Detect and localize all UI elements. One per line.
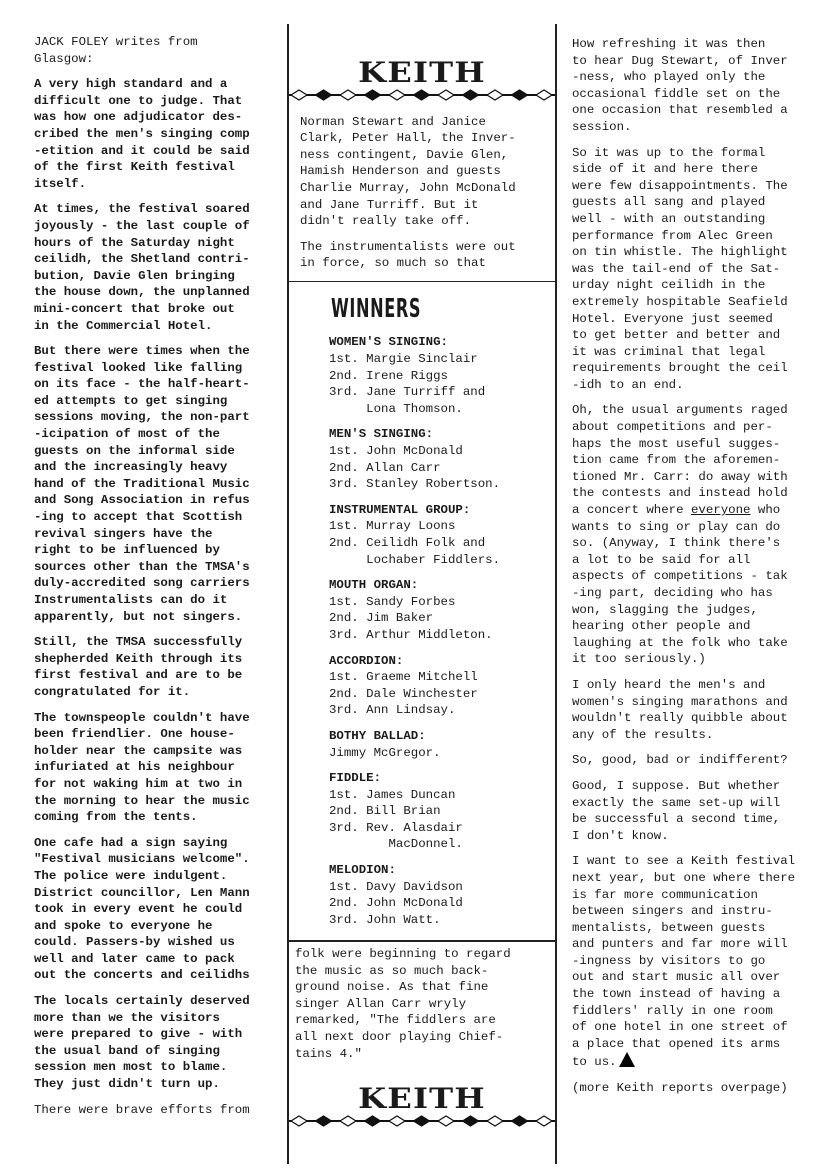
diamond-rule-icon: [289, 1114, 555, 1128]
winner-entry: 1st. Sandy Forbes: [329, 594, 555, 611]
winner-entry: 1st. James Duncan: [329, 787, 555, 804]
winner-entry: 3rd. John Watt.: [329, 912, 555, 929]
continuation-text: folk were beginning to regard the music …: [289, 942, 555, 1062]
column-divider-right: [555, 24, 557, 1164]
paragraph: So it was up to the formal side of it an…: [572, 145, 834, 394]
article-column-2: KEITH Norman Stewart and Janice Clark, P…: [289, 24, 555, 1140]
intro-text: Norman Stewart and Janice Clark, Peter H…: [289, 114, 555, 272]
paragraph: Good, I suppose. But whether exactly the…: [572, 778, 834, 844]
winner-entry: 3rd. Arthur Middleton.: [329, 627, 555, 644]
article-column-1: JACK FOLEY writes from Glasgow: A very h…: [34, 34, 286, 1127]
column-3-paragraphs: How refreshing it was then to hear Dug S…: [572, 36, 834, 393]
paragraph: folk were beginning to regard the music …: [295, 946, 555, 1062]
winner-entry: 2nd. Dale Winchester: [329, 686, 555, 703]
paragraph: There were brave efforts from: [34, 1102, 286, 1119]
category-title: BOTHY BALLAD:: [329, 728, 555, 745]
column-3-paragraphs-after: I only heard the men's and women's singi…: [572, 677, 834, 844]
winners-list: WOMEN'S SINGING:1st. Margie Sinclair2nd.…: [289, 334, 555, 928]
winners-category: MOUTH ORGAN:1st. Sandy Forbes2nd. Jim Ba…: [329, 577, 555, 643]
paragraph: One cafe had a sign saying "Festival mus…: [34, 835, 286, 984]
paragraph: The townspeople couldn't have been frien…: [34, 710, 286, 826]
paragraph: A very high standard and a difficult one…: [34, 76, 286, 192]
winner-entry: 2nd. Bill Brian: [329, 803, 555, 820]
winner-entry: 3rd. Jane Turriff and: [329, 384, 555, 401]
triangle-icon: [619, 1052, 635, 1067]
winner-entry: 1st. Murray Loons: [329, 518, 555, 535]
winner-entry: 2nd. Allan Carr: [329, 460, 555, 477]
winners-category: MELODION:1st. Davy Davidson2nd. John McD…: [329, 862, 555, 928]
winner-entry: 1st. Margie Sinclair: [329, 351, 555, 368]
category-title: ACCORDION:: [329, 653, 555, 670]
category-title: FIDDLE:: [329, 770, 555, 787]
winner-entry: 3rd. Ann Lindsay.: [329, 702, 555, 719]
winners-category: BOTHY BALLAD:Jimmy McGregor.: [329, 728, 555, 761]
byline: JACK FOLEY writes from Glasgow:: [34, 34, 286, 67]
category-title: INSTRUMENTAL GROUP:: [329, 502, 555, 519]
footer-note: (more Keith reports overpage): [572, 1080, 834, 1097]
emphasis-everyone: everyone: [691, 503, 751, 517]
winner-entry: 1st. Davy Davidson: [329, 879, 555, 896]
box-rule: [289, 281, 555, 283]
winners-category: FIDDLE:1st. James Duncan2nd. Bill Brian3…: [329, 770, 555, 853]
winner-entry: Jimmy McGregor.: [329, 745, 555, 762]
closing-paragraph: I want to see a Keith festival next year…: [572, 853, 834, 1071]
winner-entry: 2nd. Irene Riggs: [329, 368, 555, 385]
paragraph: Norman Stewart and Janice Clark, Peter H…: [300, 114, 555, 230]
winners-category: WOMEN'S SINGING:1st. Margie Sinclair2nd.…: [329, 334, 555, 417]
paragraph: Still, the TMSA successfully shepherded …: [34, 634, 286, 700]
paragraph: At times, the festival soared joyously -…: [34, 201, 286, 334]
masthead-keith-bottom: KEITH: [269, 1084, 575, 1114]
paragraph: How refreshing it was then to hear Dug S…: [572, 36, 834, 136]
winners-category: ACCORDION:1st. Graeme Mitchell2nd. Dale …: [329, 653, 555, 719]
winner-entry: 1st. John McDonald: [329, 443, 555, 460]
column-1-paragraphs: A very high standard and a difficult one…: [34, 76, 286, 1118]
paragraph: I only heard the men's and women's singi…: [572, 677, 834, 743]
category-title: MEN'S SINGING:: [329, 426, 555, 443]
winner-entry: 3rd. Stanley Robertson.: [329, 476, 555, 493]
winner-entry: 2nd. John McDonald: [329, 895, 555, 912]
arguments-paragraph: Oh, the usual arguments raged about comp…: [572, 402, 834, 668]
winners-category: INSTRUMENTAL GROUP:1st. Murray Loons2nd.…: [329, 502, 555, 568]
winner-entry: 3rd. Rev. Alasdair: [329, 820, 555, 837]
winners-title: WINNERS: [331, 294, 470, 324]
paragraph: The instrumentalists were out in force, …: [300, 239, 555, 272]
category-title: WOMEN'S SINGING:: [329, 334, 555, 351]
article-column-3: How refreshing it was then to hear Dug S…: [572, 36, 834, 1106]
category-title: MELODION:: [329, 862, 555, 879]
winners-box: WINNERS WOMEN'S SINGING:1st. Margie Sinc…: [289, 294, 555, 928]
masthead-keith-top: KEITH: [269, 58, 575, 88]
winner-entry: 2nd. Jim Baker: [329, 610, 555, 627]
winners-category: MEN'S SINGING:1st. John McDonald2nd. All…: [329, 426, 555, 492]
paragraph: But there were times when the festival l…: [34, 343, 286, 625]
paragraph: So, good, bad or indifferent?: [572, 752, 834, 769]
diamond-rule-icon: [289, 88, 555, 102]
winner-entry: 2nd. Ceilidh Folk and: [329, 535, 555, 552]
category-title: MOUTH ORGAN:: [329, 577, 555, 594]
winner-entry: 1st. Graeme Mitchell: [329, 669, 555, 686]
paragraph: The locals certainly deserved more than …: [34, 993, 286, 1093]
winner-entry: Lochaber Fiddlers.: [329, 552, 555, 569]
winner-entry: Lona Thomson.: [329, 401, 555, 418]
winner-entry: MacDonnel.: [329, 836, 555, 853]
